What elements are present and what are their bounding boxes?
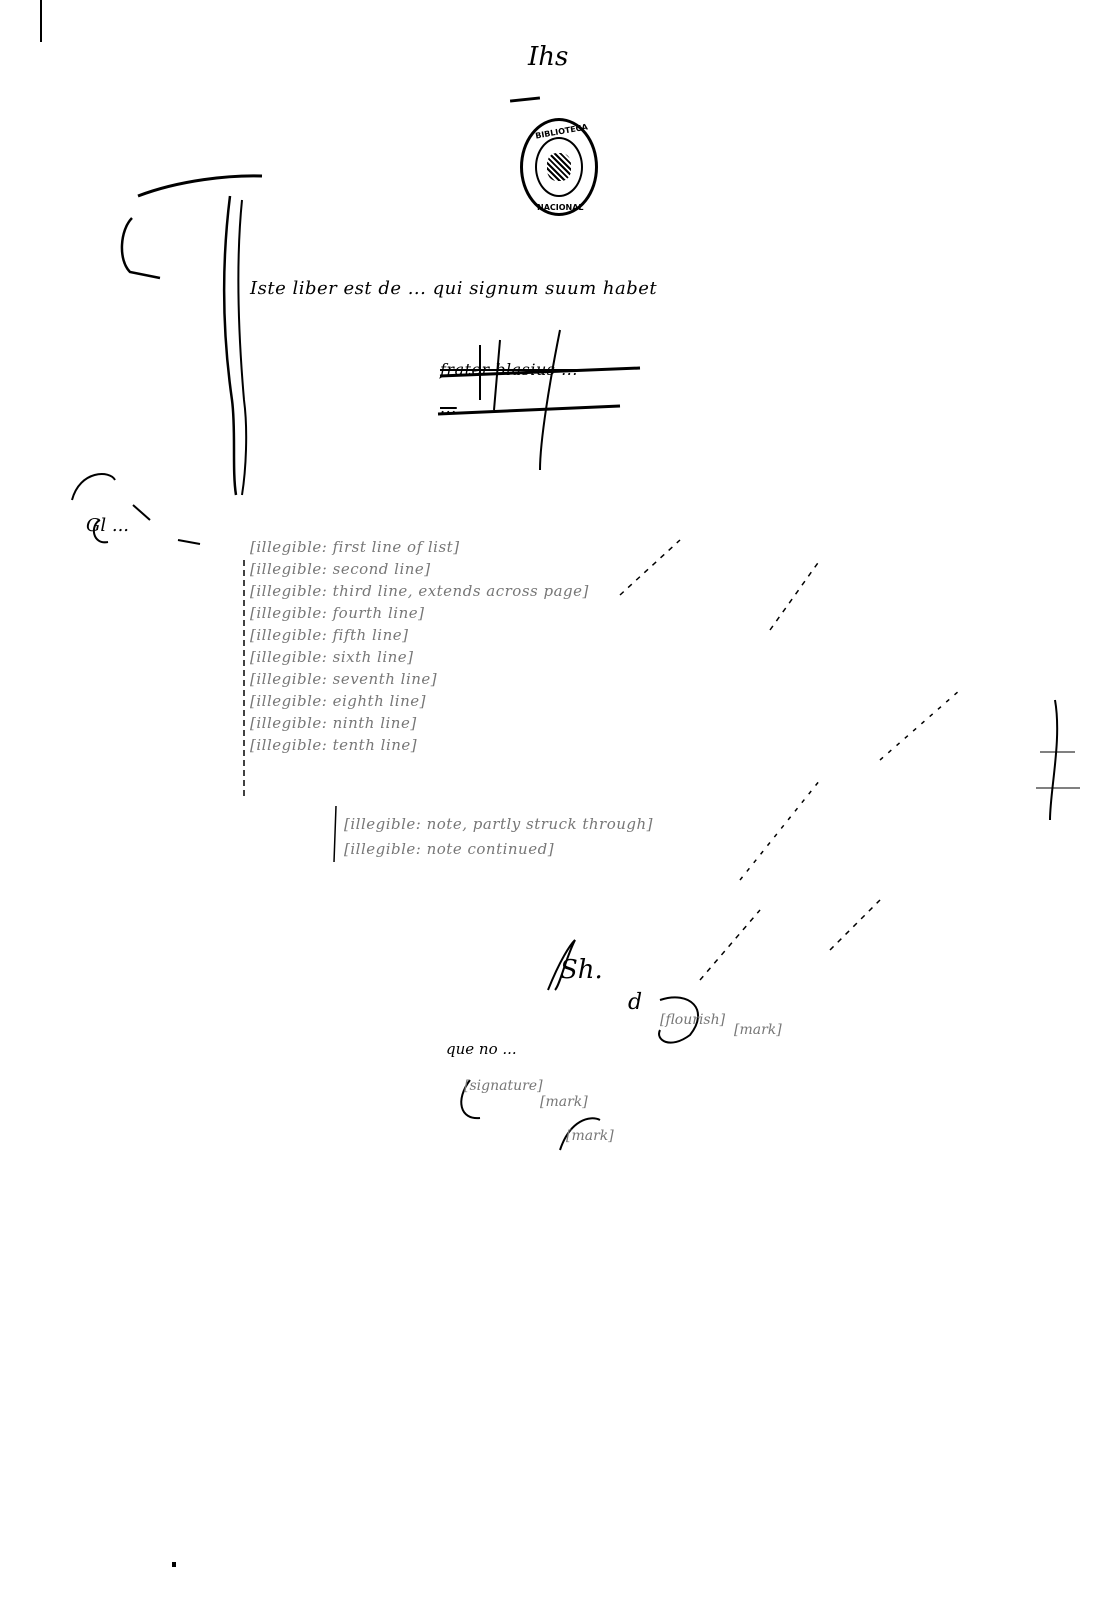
note-line-1: [illegible: note, partly struck through] [344,815,653,833]
monogram-flourish [510,96,540,102]
list-item: [illegible: tenth line] [250,736,770,758]
signature-mark: [mark] [734,1022,782,1038]
list-item: [illegible: ninth line] [250,714,770,736]
inscription-line-1: Iste liber est de ... qui signum suum ha… [250,278,657,299]
margin-stray-mark [172,1562,176,1567]
list-item: [illegible: seventh line] [250,670,770,692]
signature-flourish: [flourish] [660,1012,725,1028]
list-item: [illegible: fourth line] [250,604,770,626]
signature-lower: [signature] [464,1078,543,1094]
stamp-text: BIBLIOTECA NACIONAL [523,121,601,219]
signature-mark-3: [mark] [566,1128,614,1144]
signature-d: d [628,990,642,1015]
decorative-strokes [0,0,1116,1600]
phrase-que-no: que no ... [446,1040,517,1058]
stamp-text-bottom: NACIONAL [537,203,584,212]
signature-mark-2: [mark] [540,1094,588,1110]
monogram-ihs: Ihs [528,42,568,72]
stamp-text-top: BIBLIOTECA [535,122,589,140]
entry-list: [illegible: first line of list] [illegib… [250,538,770,758]
library-stamp: BIBLIOTECA NACIONAL [520,118,598,216]
list-item: [illegible: third line, extends across p… [250,582,770,604]
margin-tick-mark [40,0,42,42]
inscription-line-3-struck: ... [440,398,457,417]
marginal-mark: Gl ... [86,515,129,536]
list-item: [illegible: second line] [250,560,770,582]
signature-sh: Sh. [560,955,603,985]
inscription-line-2-struck: frater blasius ... [440,360,578,379]
list-item: [illegible: eighth line] [250,692,770,714]
list-item: [illegible: fifth line] [250,626,770,648]
note-line-2: [illegible: note continued] [344,840,554,858]
list-item: [illegible: first line of list] [250,538,770,560]
list-item: [illegible: sixth line] [250,648,770,670]
